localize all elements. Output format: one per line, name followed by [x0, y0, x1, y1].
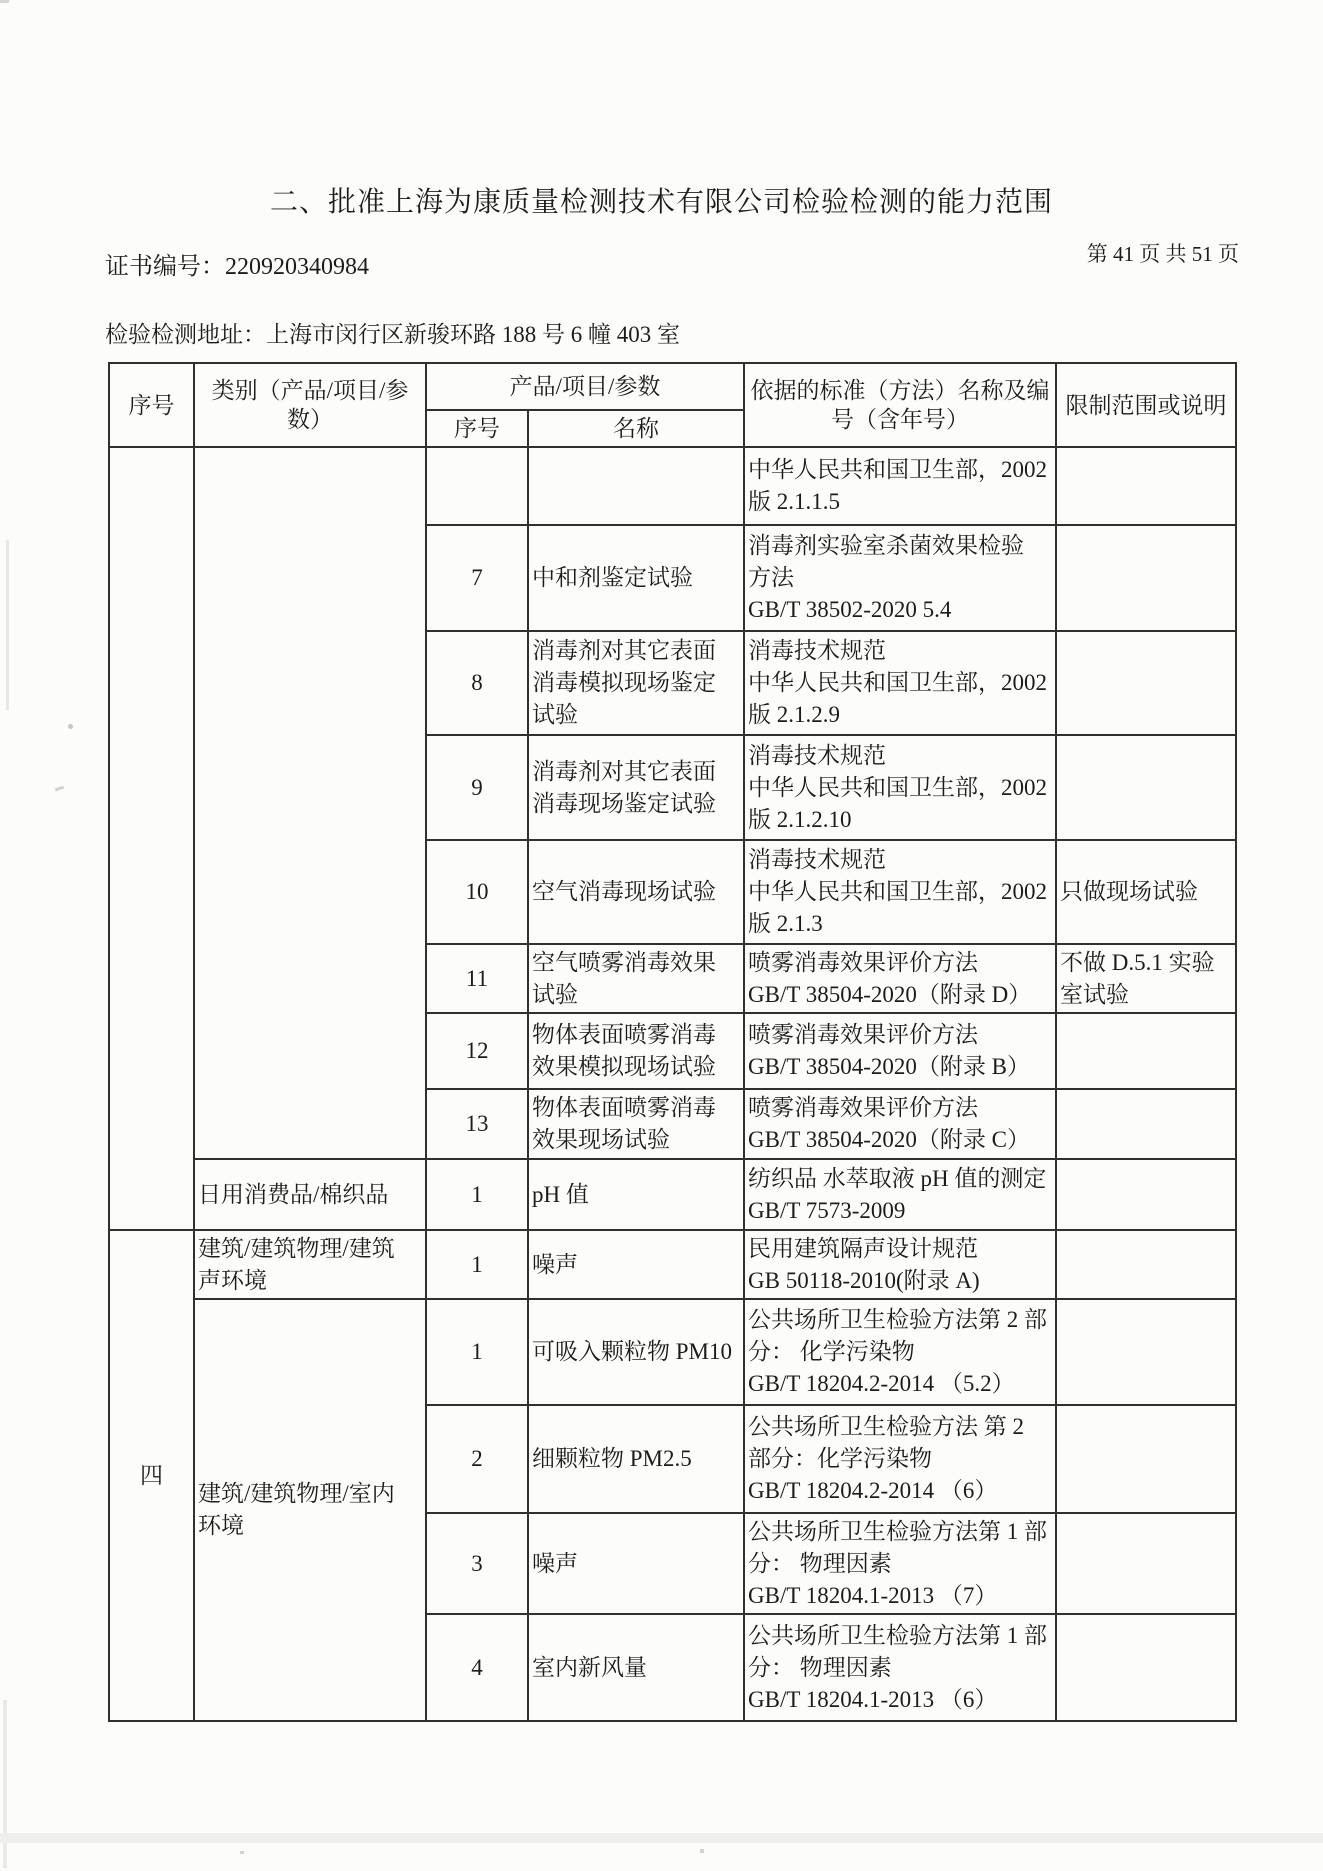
- standard-cell: 中华人民共和国卫生部，2002版 2.1.1.5: [744, 447, 1056, 525]
- certificate-number: 证书编号：220920340984: [105, 246, 369, 281]
- table-row: 日用消费品/棉织品1pH 值纺织品 水萃取液 pH 值的测定GB/T 7573-…: [109, 1159, 1236, 1230]
- item-number-cell: 1: [426, 1159, 528, 1230]
- scan-artifact-streak: [6, 540, 9, 710]
- item-number-cell: 3: [426, 1513, 528, 1614]
- limit-cell: [1056, 1614, 1236, 1721]
- header-seq: 序号: [109, 363, 194, 447]
- scan-artifact-dash: [55, 786, 64, 792]
- item-name-cell: 消毒剂对其它表面消毒模拟现场鉴定试验: [528, 631, 744, 735]
- item-name-cell: 噪声: [528, 1230, 744, 1299]
- scan-artifact-band: [0, 1833, 1323, 1843]
- standard-cell: 喷雾消毒效果评价方法GB/T 38504-2020（附录 C）: [744, 1089, 1056, 1159]
- section-number-cell: [109, 447, 194, 1230]
- page-indicator: 第 41 页 共 51 页: [1087, 238, 1239, 268]
- standard-cell: 消毒剂实验室杀菌效果检验方法GB/T 38502-2020 5.4: [744, 525, 1056, 631]
- item-number-cell: 7: [426, 525, 528, 631]
- scan-artifact-dot: [68, 724, 73, 729]
- item-number-cell: 12: [426, 1013, 528, 1089]
- document-page: 二、批准上海为康质量检测技术有限公司检验检测的能力范围 证书编号：2209203…: [0, 0, 1323, 1871]
- item-number-cell: 1: [426, 1299, 528, 1405]
- standard-cell: 消毒技术规范中华人民共和国卫生部，2002版 2.1.3: [744, 840, 1056, 944]
- item-number-cell: 8: [426, 631, 528, 735]
- header-category: 类别（产品/项目/参数）: [194, 363, 426, 447]
- scan-artifact-dot: [700, 1849, 704, 1853]
- item-name-cell: pH 值: [528, 1159, 744, 1230]
- limit-cell: [1056, 525, 1236, 631]
- item-number-cell: 4: [426, 1614, 528, 1721]
- capability-table: 序号 类别（产品/项目/参数） 产品/项目/参数 依据的标准（方法）名称及编号（…: [108, 362, 1237, 1722]
- item-name-cell: 空气喷雾消毒效果试验: [528, 944, 744, 1013]
- limit-cell: [1056, 1089, 1236, 1159]
- standard-cell: 公共场所卫生检验方法第 2 部分： 化学污染物GB/T 18204.2-2014…: [744, 1299, 1056, 1405]
- item-name-cell: 细颗粒物 PM2.5: [528, 1405, 744, 1513]
- table-row: 四建筑/建筑物理/建筑声环境1噪声民用建筑隔声设计规范GB 50118-2010…: [109, 1230, 1236, 1299]
- standard-cell: 公共场所卫生检验方法第 1 部分： 物理因素GB/T 18204.1-2013 …: [744, 1513, 1056, 1614]
- header-sub-seq: 序号: [426, 410, 528, 447]
- standard-cell: 公共场所卫生检验方法 第 2部分：化学污染物GB/T 18204.2-2014 …: [744, 1405, 1056, 1513]
- limit-cell: [1056, 447, 1236, 525]
- standard-cell: 喷雾消毒效果评价方法GB/T 38504-2020（附录 B）: [744, 1013, 1056, 1089]
- item-number-cell: [426, 447, 528, 525]
- item-name-cell: 室内新风量: [528, 1614, 744, 1721]
- limit-cell: [1056, 1230, 1236, 1299]
- item-name-cell: 物体表面喷雾消毒效果模拟现场试验: [528, 1013, 744, 1089]
- standard-cell: 消毒技术规范中华人民共和国卫生部，2002版 2.1.2.9: [744, 631, 1056, 735]
- limit-cell: [1056, 1513, 1236, 1614]
- item-number-cell: 13: [426, 1089, 528, 1159]
- item-name-cell: 中和剂鉴定试验: [528, 525, 744, 631]
- item-name-cell: 空气消毒现场试验: [528, 840, 744, 944]
- scan-artifact-streak: [3, 1700, 7, 1868]
- table-row: 建筑/建筑物理/室内环境1可吸入颗粒物 PM10公共场所卫生检验方法第 2 部分…: [109, 1299, 1236, 1405]
- item-number-cell: 11: [426, 944, 528, 1013]
- standard-cell: 喷雾消毒效果评价方法GB/T 38504-2020（附录 D）: [744, 944, 1056, 1013]
- limit-cell: [1056, 1405, 1236, 1513]
- item-number-cell: 1: [426, 1230, 528, 1299]
- limit-cell: [1056, 631, 1236, 735]
- item-number-cell: 2: [426, 1405, 528, 1513]
- item-name-cell: 噪声: [528, 1513, 744, 1614]
- category-cell: 建筑/建筑物理/建筑声环境: [194, 1230, 426, 1299]
- page-title: 二、批准上海为康质量检测技术有限公司检验检测的能力范围: [0, 180, 1323, 220]
- category-cell: 日用消费品/棉织品: [194, 1159, 426, 1230]
- limit-cell: 不做 D.5.1 实验室试验: [1056, 944, 1236, 1013]
- header-standard: 依据的标准（方法）名称及编号（含年号）: [744, 363, 1056, 447]
- header-name: 名称: [528, 410, 744, 447]
- item-number-cell: 9: [426, 735, 528, 840]
- limit-cell: 只做现场试验: [1056, 840, 1236, 944]
- header-product-group: 产品/项目/参数: [426, 363, 744, 410]
- standard-cell: 公共场所卫生检验方法第 1 部分： 物理因素GB/T 18204.1-2013 …: [744, 1614, 1056, 1721]
- inspection-address: 检验检测地址：上海市闵行区新骏环路 188 号 6 幢 403 室: [105, 316, 680, 349]
- header-limit: 限制范围或说明: [1056, 363, 1236, 447]
- item-name-cell: [528, 447, 744, 525]
- limit-cell: [1056, 1013, 1236, 1089]
- category-cell: [194, 447, 426, 1159]
- item-name-cell: 可吸入颗粒物 PM10: [528, 1299, 744, 1405]
- item-name-cell: 物体表面喷雾消毒效果现场试验: [528, 1089, 744, 1159]
- standard-cell: 纺织品 水萃取液 pH 值的测定GB/T 7573-2009: [744, 1159, 1056, 1230]
- section-number-cell: 四: [109, 1230, 194, 1721]
- item-number-cell: 10: [426, 840, 528, 944]
- table-body: 中华人民共和国卫生部，2002版 2.1.1.57中和剂鉴定试验消毒剂实验室杀菌…: [109, 447, 1236, 1721]
- standard-cell: 民用建筑隔声设计规范GB 50118-2010(附录 A): [744, 1230, 1056, 1299]
- standard-cell: 消毒技术规范中华人民共和国卫生部，2002版 2.1.2.10: [744, 735, 1056, 840]
- scan-artifact-corner: [0, 0, 9, 3]
- table-row: 中华人民共和国卫生部，2002版 2.1.1.5: [109, 447, 1236, 525]
- scan-artifact-dot: [240, 1851, 244, 1854]
- limit-cell: [1056, 1159, 1236, 1230]
- limit-cell: [1056, 1299, 1236, 1405]
- category-cell: 建筑/建筑物理/室内环境: [194, 1299, 426, 1721]
- table-header-row-1: 序号 类别（产品/项目/参数） 产品/项目/参数 依据的标准（方法）名称及编号（…: [109, 363, 1236, 410]
- item-name-cell: 消毒剂对其它表面消毒现场鉴定试验: [528, 735, 744, 840]
- limit-cell: [1056, 735, 1236, 840]
